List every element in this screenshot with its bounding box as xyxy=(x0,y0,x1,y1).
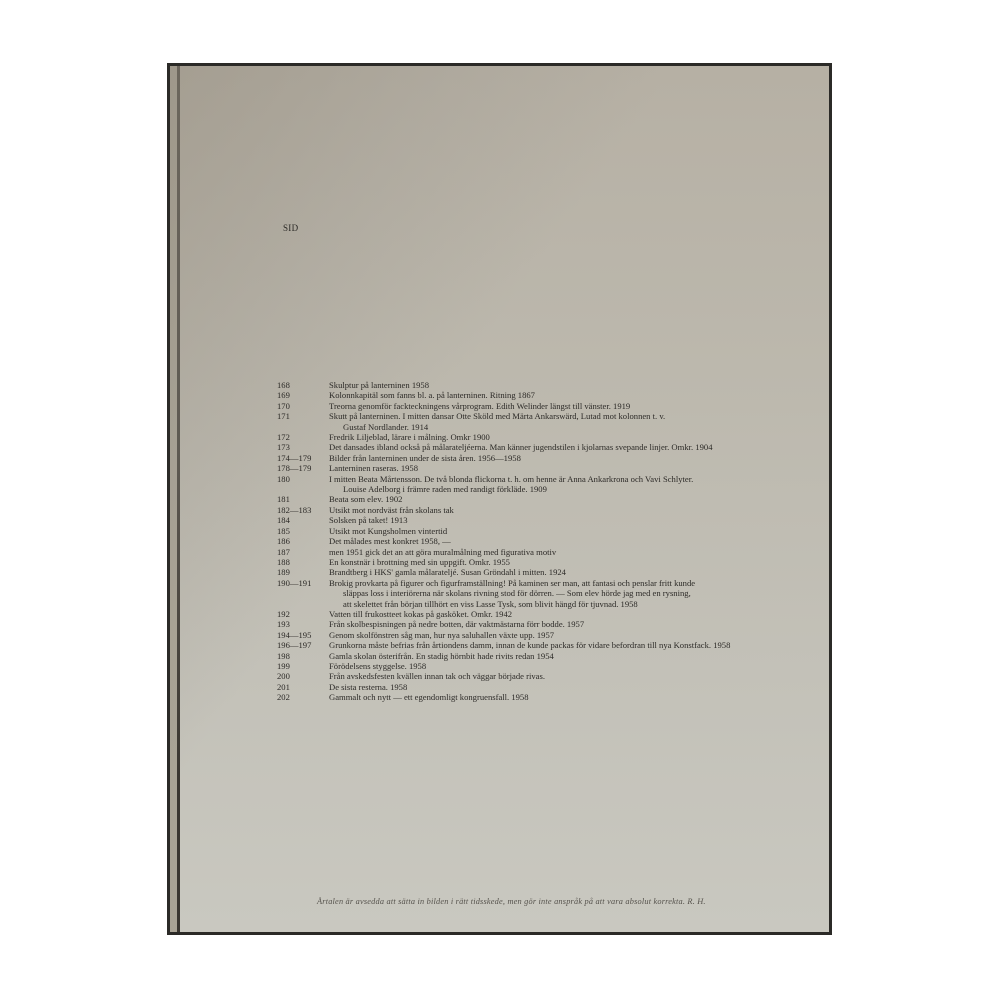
entry-description: Förödelsens styggelse. 1958 xyxy=(329,661,817,671)
entry-description: I mitten Beata Mårtensson. De två blonda… xyxy=(329,474,817,495)
page-number: 192 xyxy=(277,609,329,619)
page-edge xyxy=(170,66,177,932)
index-entry: 199Förödelsens styggelse. 1958 xyxy=(277,661,817,671)
book-page: SID 168Skulptur på lanterninen 1958169Ko… xyxy=(170,66,829,932)
entry-description: Fredrik Liljeblad, lärare i målning. Omk… xyxy=(329,432,817,442)
page-number: 185 xyxy=(277,526,329,536)
index-entry: 184Solsken på taket! 1913 xyxy=(277,515,817,525)
entry-description: Skutt på lanterninen. I mitten dansar Ot… xyxy=(329,411,817,432)
index-entry: 168Skulptur på lanterninen 1958 xyxy=(277,380,817,390)
page-number: 169 xyxy=(277,390,329,400)
entry-description: De sista resterna. 1958 xyxy=(329,682,817,692)
page-number: 171 xyxy=(277,411,329,432)
entry-description: Kolonnkapitäl som fanns bl. a. på lanter… xyxy=(329,390,817,400)
index-entry: 186Det målades mest konkret 1958, — xyxy=(277,536,817,546)
page-number: 190—191 xyxy=(277,578,329,609)
index-entry: 200Från avskedsfesten kvällen innan tak … xyxy=(277,671,817,681)
page-number: 189 xyxy=(277,567,329,577)
entry-description: Beata som elev. 1902 xyxy=(329,494,817,504)
entry-description: Det dansades ibland också på målarateljé… xyxy=(329,442,817,452)
entry-description: Gamla skolan österifrån. En stadig hörnb… xyxy=(329,651,817,661)
entry-description: Utsikt mot nordväst från skolans tak xyxy=(329,505,817,515)
page-number: 198 xyxy=(277,651,329,661)
page-number: 194—195 xyxy=(277,630,329,640)
page-number: 186 xyxy=(277,536,329,546)
page-number: 202 xyxy=(277,692,329,702)
index-entry: 193Från skolbespisningen på nedre botten… xyxy=(277,619,817,629)
index-entry: 172Fredrik Liljeblad, lärare i målning. … xyxy=(277,432,817,442)
entry-description: Treorna genomför fackteckningens vårprog… xyxy=(329,401,817,411)
index-entry: 201De sista resterna. 1958 xyxy=(277,682,817,692)
entry-description: Brokig provkarta på figurer och figurfra… xyxy=(329,578,817,609)
page-number: 173 xyxy=(277,442,329,452)
page-number: 182—183 xyxy=(277,505,329,515)
page-number: 170 xyxy=(277,401,329,411)
page-number: 174—179 xyxy=(277,453,329,463)
entry-description: men 1951 gick det an att göra muralmålni… xyxy=(329,547,817,557)
page-number: 196—197 xyxy=(277,640,329,650)
entry-description: Gammalt och nytt — ett egendomligt kongr… xyxy=(329,692,817,702)
entry-description: Solsken på taket! 1913 xyxy=(329,515,817,525)
index-entry: 180I mitten Beata Mårtensson. De två blo… xyxy=(277,474,817,495)
index-entry: 178—179Lanterninen raseras. 1958 xyxy=(277,463,817,473)
entry-description: Från skolbespisningen på nedre botten, d… xyxy=(329,619,817,629)
index-entry: 190—191Brokig provkarta på figurer och f… xyxy=(277,578,817,609)
page-number: 187 xyxy=(277,547,329,557)
entry-description: Grunkorna måste befrias från årtiondens … xyxy=(329,640,817,650)
index-entry: 182—183Utsikt mot nordväst från skolans … xyxy=(277,505,817,515)
page-number: 180 xyxy=(277,474,329,495)
index-entry: 171Skutt på lanterninen. I mitten dansar… xyxy=(277,411,817,432)
entry-description: Vatten till frukostteet kokas på gasköke… xyxy=(329,609,817,619)
entry-description: Genom skolfönstren såg man, hur nya salu… xyxy=(329,630,817,640)
index-entry: 187men 1951 gick det an att göra muralmå… xyxy=(277,547,817,557)
book-photo-frame: SID 168Skulptur på lanterninen 1958169Ko… xyxy=(167,63,832,935)
page-number: 201 xyxy=(277,682,329,692)
page-number: 193 xyxy=(277,619,329,629)
index-entry: 196—197Grunkorna måste befrias från årti… xyxy=(277,640,817,650)
index-entry: 185Utsikt mot Kungsholmen vintertid xyxy=(277,526,817,536)
index-entry: 192Vatten till frukostteet kokas på gask… xyxy=(277,609,817,619)
footnote: Årtalen är avsedda att sätta in bilden i… xyxy=(317,897,706,906)
index-entry: 169Kolonnkapitäl som fanns bl. a. på lan… xyxy=(277,390,817,400)
page-number: 188 xyxy=(277,557,329,567)
entry-description: Från avskedsfesten kvällen innan tak och… xyxy=(329,671,817,681)
entry-description: En konstnär i brottning med sin uppgift.… xyxy=(329,557,817,567)
entry-description: Skulptur på lanterninen 1958 xyxy=(329,380,817,390)
page-number: 184 xyxy=(277,515,329,525)
index-entry: 189Brandtberg i HKS' gamla målarateljé. … xyxy=(277,567,817,577)
page-number: 168 xyxy=(277,380,329,390)
picture-index-list: 168Skulptur på lanterninen 1958169Kolonn… xyxy=(277,380,817,703)
index-entry: 198Gamla skolan österifrån. En stadig hö… xyxy=(277,651,817,661)
index-entry: 173Det dansades ibland också på målarate… xyxy=(277,442,817,452)
page-number: 172 xyxy=(277,432,329,442)
index-entry: 181Beata som elev. 1902 xyxy=(277,494,817,504)
entry-description: Utsikt mot Kungsholmen vintertid xyxy=(329,526,817,536)
page-number: 199 xyxy=(277,661,329,671)
page-number: 200 xyxy=(277,671,329,681)
book-spine xyxy=(177,66,180,932)
entry-description: Bilder från lanterninen under de sista å… xyxy=(329,453,817,463)
index-entry: 194—195Genom skolfönstren såg man, hur n… xyxy=(277,630,817,640)
index-entry: 202Gammalt och nytt — ett egendomligt ko… xyxy=(277,692,817,702)
index-entry: 174—179Bilder från lanterninen under de … xyxy=(277,453,817,463)
index-entry: 170Treorna genomför fackteckningens vårp… xyxy=(277,401,817,411)
index-entry: 188En konstnär i brottning med sin uppgi… xyxy=(277,557,817,567)
page-number: 178—179 xyxy=(277,463,329,473)
page-number: 181 xyxy=(277,494,329,504)
entry-description: Lanterninen raseras. 1958 xyxy=(329,463,817,473)
entry-description: Det målades mest konkret 1958, — xyxy=(329,536,817,546)
column-heading-sid: SID xyxy=(283,223,298,233)
entry-description: Brandtberg i HKS' gamla målarateljé. Sus… xyxy=(329,567,817,577)
